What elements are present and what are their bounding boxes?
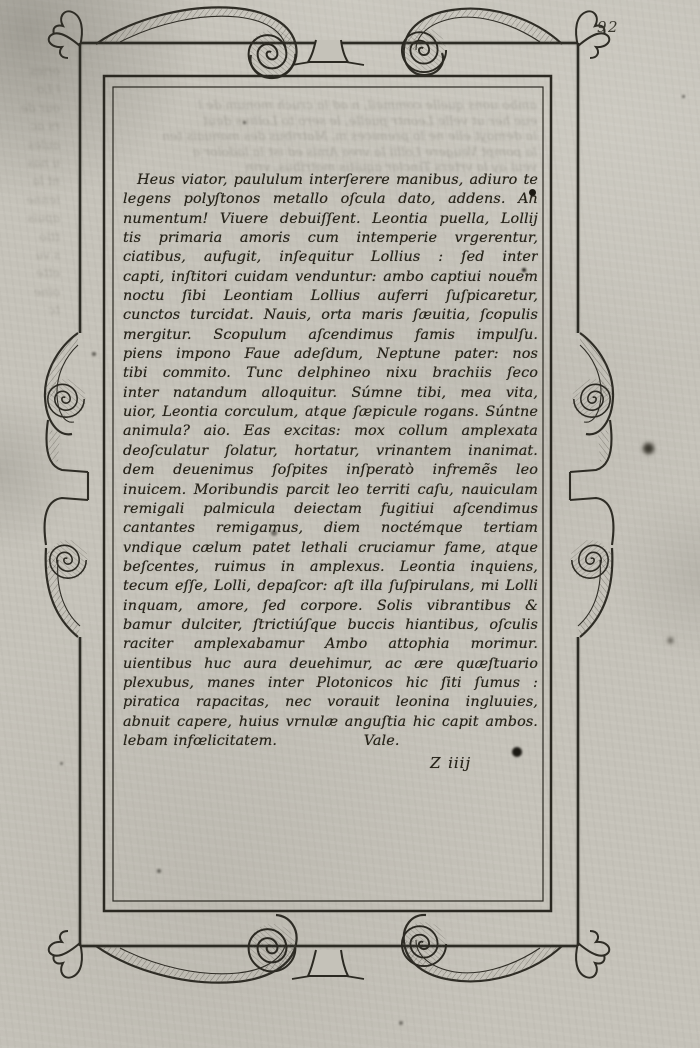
showthrough-fragment: nt la <box>2 172 60 190</box>
showthrough-fragment: ories <box>2 62 60 80</box>
corner-flourish-top-left <box>49 11 82 58</box>
ink-speck <box>271 530 277 536</box>
text-line: deoſculatur ſolatur, hortatur, vrinantem… <box>123 442 538 461</box>
text-line: plexubus, manes inter Plotonicos hic ſit… <box>123 674 538 693</box>
showthrough-top-block: ambo uons quelle commeil, n ad la cruch … <box>123 97 537 175</box>
showthrough-fragment: u nas <box>2 154 60 172</box>
text-line: inuicem. Moribundis parcit leo territi c… <box>123 481 538 500</box>
vale-label: Vale. <box>364 732 400 751</box>
text-line: inter natandum alloquitur. Súmne tibi, m… <box>123 384 538 403</box>
book-page-scan: ories l Lo- our de rs ac aules u nas nt … <box>0 0 700 1048</box>
showthrough-line: ambo uons quelle commeil, n ad la cruch … <box>123 97 537 113</box>
text-line: dem deuenimus ſoſpites inſperatò infremẽ… <box>123 461 538 480</box>
showthrough-fragment: oine <box>2 283 60 301</box>
text-line: mergitur. Scopulum aſcendimus famis impu… <box>123 326 538 345</box>
text-line: piratica rapacitas, nec vorauit leonina … <box>123 693 538 712</box>
closing-line: lebam infœlicitatem. Vale. <box>123 732 538 751</box>
bottom-cartouche-ornament <box>96 915 562 983</box>
text-line: noctu ſibi Leontiam Lollius auferri ſuſp… <box>123 287 538 306</box>
signature-mark: Z iiij <box>430 754 471 773</box>
page-number: 92 <box>597 18 637 36</box>
text-line: bamur dulciter, ſtrictiúſque buccis hian… <box>123 616 538 635</box>
ink-speck <box>399 1021 403 1025</box>
corner-flourish-bottom-right <box>576 931 609 978</box>
showthrough-left-margin: ories l Lo- our de rs ac aules u nas nt … <box>2 62 60 319</box>
ink-speck <box>157 869 161 873</box>
text-line: ciatibus, aufugit, inſequitur Lollius : … <box>123 248 538 267</box>
ink-speck <box>60 762 63 765</box>
right-bulge <box>570 333 613 637</box>
showthrough-line: eue her ut velle Leontr puelle, le sero … <box>123 113 537 129</box>
text-line: inquam, amore, ſed corpore. Solis vibran… <box>123 597 538 616</box>
ink-speck <box>668 638 673 643</box>
showthrough-fragment: ttio <box>2 228 60 246</box>
showthrough-line: la demoyt elle ne lo premices m. Matribu… <box>123 128 537 144</box>
body-text: Heus viator, paululum interſerere manibu… <box>123 171 538 775</box>
top-cartouche-ornament <box>96 7 562 78</box>
text-line: animula? aio. Eas excitas: mox collum am… <box>123 422 538 441</box>
ink-speck <box>512 747 522 757</box>
text-line: uior, Leontia corculum, atque ſæpicule r… <box>123 403 538 422</box>
ink-speck <box>529 189 536 196</box>
showthrough-fragment: l Lo- <box>2 80 60 98</box>
ink-speck <box>92 352 96 356</box>
ink-speck <box>522 268 526 272</box>
showthrough-fragment: tc <box>2 301 60 319</box>
text-line: legens polyſtonos metallo oſcula dato, a… <box>123 190 538 209</box>
text-line: beſcentes, ruimus in amplexus. Leontia i… <box>123 558 538 577</box>
showthrough-fragment: aules <box>2 136 60 154</box>
text-line: abnuit capere, huius vrnulæ anguſtia hic… <box>123 713 538 732</box>
showthrough-fragment: ienne <box>2 191 60 209</box>
text-line: piens impono Faue adeſdum, Neptune pater… <box>123 345 538 364</box>
text-line: tecum eſſe, Lolli, depaſcor: aſt illa ſu… <box>123 577 538 596</box>
showthrough-fragment: s vu <box>2 246 60 264</box>
text-line: cunctos turcidat. Nauis, orta maris ſæui… <box>123 306 538 325</box>
ink-speck <box>682 95 685 98</box>
text-line: cantantes remigamus, diem noctémque tert… <box>123 519 538 538</box>
closing-text: lebam infœlicitatem. <box>123 733 277 749</box>
text-line: vndique cælum patet lethali cruciamur fa… <box>123 539 538 558</box>
ink-speck <box>243 121 246 124</box>
showthrough-fragment: rs ac <box>2 117 60 135</box>
text-line: raciter amplexabamur Ambo attophia morim… <box>123 635 538 654</box>
text-line: remigali palmicula deiectam fugitiui aſc… <box>123 500 538 519</box>
text-line: uientibus huc aura deuehimur, ac ære quæ… <box>123 655 538 674</box>
corner-flourish-bottom-left <box>49 931 82 978</box>
showthrough-fragment: apuis <box>2 209 60 227</box>
text-line: tibi commito. Tunc delphineo nixu brachi… <box>123 364 538 383</box>
text-line: tis primaria amoris cum intemperie vrger… <box>123 229 538 248</box>
text-line: capti, inſtitori cuidam venduntur: ambo … <box>123 268 538 287</box>
left-bulge <box>45 333 88 637</box>
showthrough-fragment: our de <box>2 99 60 117</box>
text-line: Heus viator, paululum interſerere manibu… <box>123 171 538 190</box>
showthrough-line: la pompt Veugere Lollii la vrea Amis ed … <box>123 144 537 160</box>
ink-speck <box>643 443 654 454</box>
showthrough-fragment: ette <box>2 264 60 282</box>
text-line: numentum! Viuere debuiſſent. Leontia pue… <box>123 210 538 229</box>
signature-line: Z iiij <box>123 751 538 775</box>
